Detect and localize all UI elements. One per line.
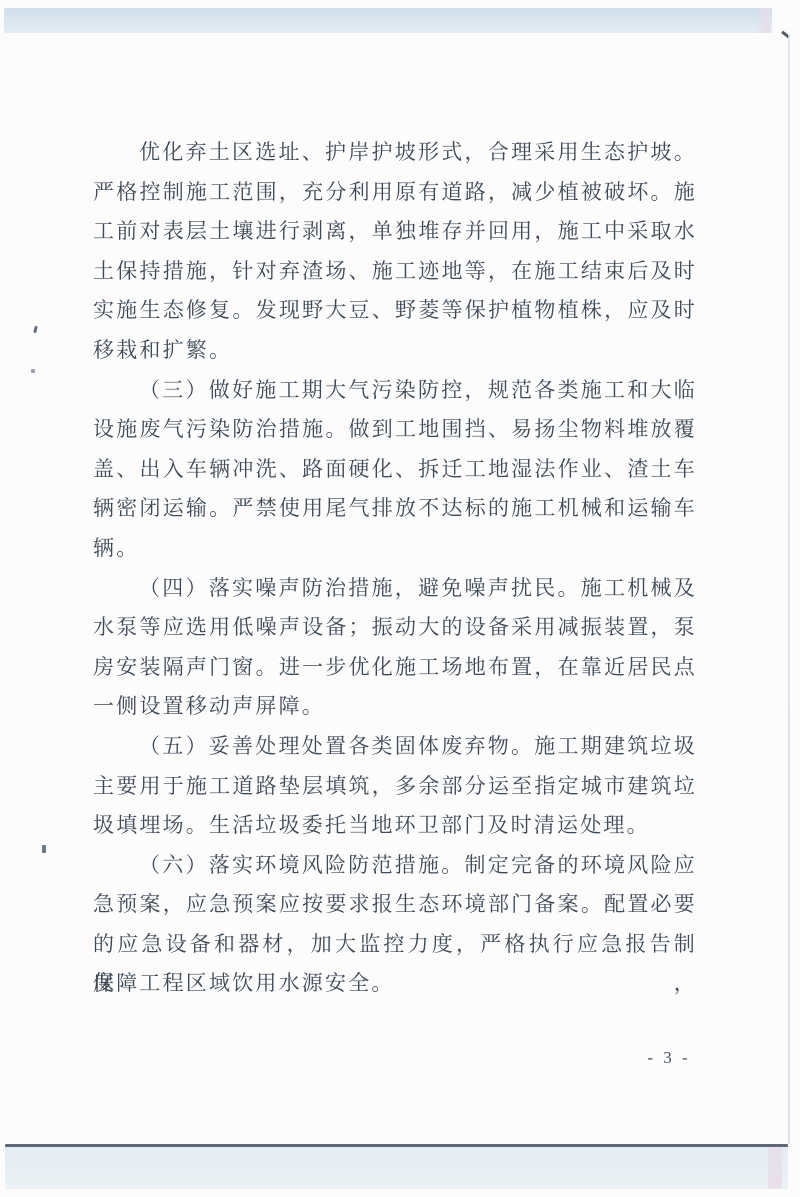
scan-speck [42, 845, 46, 853]
text-line: 辆。 [93, 529, 697, 569]
page-number: - 3 - [626, 1048, 712, 1068]
text-line: 圾填埋场。生活垃圾委托当地环卫部门及时清运处理。 [93, 806, 697, 846]
text-line: 实施生态修复。发现野大豆、野菱等保护植物植株，应及时 [93, 291, 697, 331]
text-line: （四）落实噪声防治措施，避免噪声扰民。施工机械及 [93, 569, 697, 609]
text-line: （五）妥善处理处置各类固体废弃物。施工期建筑垃圾 [93, 727, 697, 767]
scan-lavender-streak [754, 8, 770, 33]
text-line: 辆密闭运输。严禁使用尾气排放不达标的施工机械和运输车 [93, 489, 697, 529]
text-line: 设施废气污染防治措施。做到工地围挡、易扬尘物料堆放覆 [93, 410, 697, 450]
text-line: （六）落实环境风险防范措施。制定完备的环境风险应 [93, 846, 697, 886]
text-line: 一侧设置移动声屏障。 [93, 687, 697, 727]
text-line: 水泵等应选用低噪声设备；振动大的设备采用减振装置，泵 [93, 608, 697, 648]
scan-edge-right-line [788, 34, 790, 1144]
scan-edge-bottom-band [5, 1147, 788, 1189]
text-line: （三）做好施工期大气污染防控，规范各类施工和大临 [93, 371, 697, 411]
text-line: 严格控制施工范围，充分利用原有道路，减少植被破坏。施 [93, 173, 697, 213]
document-text: 优化弃土区选址、护岸护坡形式，合理采用生态护坡。严格控制施工范围，充分利用原有道… [93, 133, 697, 1004]
scan-speck [31, 369, 35, 373]
scan-edge-top-band [4, 8, 772, 33]
text-line: 主要用于施工道路垫层填筑，多余部分运至指定城市建筑垃 [93, 767, 697, 807]
scan-speck [33, 326, 38, 334]
text-line: 盖、出入车辆冲洗、路面硬化、拆迁工地湿法作业、渣土车 [93, 450, 697, 490]
text-line: 移栽和扩繁。 [93, 331, 697, 371]
text-line: 工前对表层土壤进行剥离，单独堆存并回用，施工中采取水 [93, 212, 697, 252]
text-line: 急预案，应急预案应按要求报生态环境部门备案。配置必要 [93, 885, 697, 925]
scan-pink-streak [768, 1147, 782, 1189]
text-line: 土保持措施，针对弃渣场、施工迹地等，在施工结束后及时 [93, 252, 697, 292]
scanned-document-page: 优化弃土区选址、护岸护坡形式，合理采用生态护坡。严格控制施工范围，充分利用原有道… [0, 0, 800, 1197]
text-line: 的应急设备和器材，加大监控力度，严格执行应急报告制度， [93, 925, 697, 965]
text-line: 优化弃土区选址、护岸护坡形式，合理采用生态护坡。 [93, 133, 697, 173]
text-line: 房安装隔声门窗。进一步优化施工场地布置，在靠近居民点 [93, 648, 697, 688]
